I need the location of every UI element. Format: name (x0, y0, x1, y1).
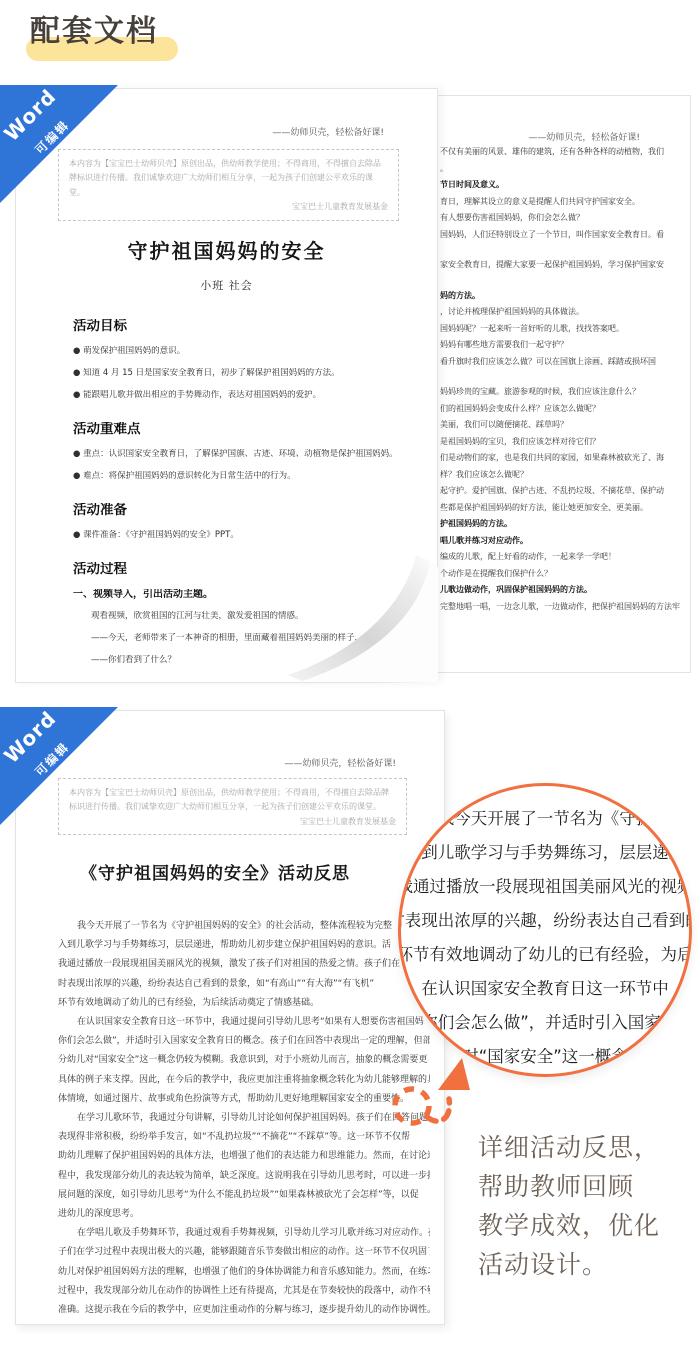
section-header: 配套文档 (30, 14, 158, 50)
doc-text-line: 程中，我发现部分幼儿的表达较为简单，缺乏深度。这说明我在引导幼儿思考时，可以进一… (58, 1167, 430, 1186)
ribbon-triangle (0, 707, 132, 839)
doc-text-line: 时表现出浓厚的兴趣，纷纷表达自己看到的景象，如“有高山”“有大海”“有飞机” (58, 975, 430, 994)
doc-text-line: ● 课件准备：《守护祖国妈妈的安全》PPT。 (73, 530, 407, 540)
doc-text-line: 家安全教育日，提醒大家要一起保护祖国妈妈，学习保护国家安 (440, 257, 682, 274)
doc-text-line: 国妈妈呢？一起来听一首好听的儿歌，找找答案吧。 (440, 321, 682, 338)
doc-tagline: ——幼师贝壳，轻松备好课! (272, 125, 384, 138)
doc-text-line: 具体的例子来支撑。因此，在今后的教学中，我应更加注重将抽象概念转化为幼儿能够理解… (58, 1071, 430, 1090)
doc-text-line: 不仅有美丽的风景、雄伟的建筑，还有各种各样的动植物，我们 (440, 144, 682, 161)
doc1-page-back: ——幼师贝壳，轻松备好课! 不仅有美丽的风景、雄伟的建筑，还有各种各样的动植物，… (433, 95, 691, 673)
doc2-body-lines: 我今天开展了一节名为《守护祖国妈妈的安全》的社会活动，整体流程较为完整入到儿歌学… (58, 917, 430, 1320)
magnified-text-line: 环节有效地调动了幼儿的已有经验，为后 (398, 938, 692, 972)
doc-text-line: 表现得非常积极，纷纷举手发言，如“不乱扔垃圾”“不摘花”“不踩草”等。这一环节不… (58, 1128, 430, 1147)
doc-text-line: ● 知道 4 月 15 日是国家安全教育日，初步了解保护祖国妈妈的方法。 (73, 368, 407, 378)
page-title: 配套文档 (30, 14, 158, 50)
doc-text-line: 过程中，我发现部分幼儿在动作的协调性上还有待提高，尤其是在节奏较快的段落中，动作… (58, 1282, 430, 1301)
magnified-text-line: 入到儿歌学习与手势舞练习，层层递进 (398, 836, 692, 870)
magnified-text-line: 在认识国家安全教育日这一环节中 (398, 972, 692, 1006)
doc-text-line: 们的祖国妈妈会变成什么样？应该怎么做呢？ (440, 401, 682, 418)
doc-text-line: 分幼儿对“国家安全”这一概念仍较为模糊。我意识到，对于小班幼儿而言，抽象的概念需… (58, 1051, 430, 1070)
doc-text-line: 你们会怎么做”，并适时引入国家安全教育日的概念。孩子们在回答中表现出一定的理解，… (58, 1032, 430, 1051)
magnifier-circle: 我今天开展了一节名为《守护祖入到儿歌学习与手势舞练习，层层递进我通过播放一段展现… (398, 783, 692, 1077)
doc-text-line: ● 能跟唱儿歌并做出相应的手势舞动作，表达对祖国妈妈的爱护。 (73, 390, 407, 400)
ribbon-triangle (0, 85, 132, 217)
doc1-grade-label: 小班 社会 (16, 277, 437, 293)
magnified-text-line: 我通过播放一段展现祖国美丽风光的视频 (398, 870, 692, 904)
caption-text: 详细活动反思，帮助教师回顾教学成效，优化活动设计。 (478, 1128, 660, 1284)
doc-text-line: 是祖国妈妈的宝贝，我们应该怎样对待它们？ (440, 434, 682, 451)
word-editable-ribbon: Word 可编辑 (0, 85, 132, 217)
dashed-magnifier-icon (395, 1089, 429, 1123)
doc-tagline: ——幼师贝壳，轻松备好课! (528, 130, 640, 143)
arrow-head-icon (438, 1058, 470, 1090)
doc-text-line: 样？我们应该怎么做呢？ (440, 467, 682, 484)
doc-text-line: 活动准备 (73, 503, 407, 518)
doc-text-line: 展问题的深度，如引导幼儿思考“为什么不能乱扔垃圾”“如果森林被砍光了会怎样”等，… (58, 1186, 430, 1205)
doc-text-line: ● 萌发保护祖国妈妈的意识。 (73, 346, 407, 356)
doc-text-line: 节日时间及意义。 (440, 177, 682, 194)
caption-line: 活动设计。 (478, 1245, 660, 1284)
word-editable-ribbon: Word 可编辑 (0, 707, 132, 839)
doc-text-line: 准确。这提示我在今后的教学中，应更加注重动作的分解与练习，逐步提升幼儿的动作协调… (58, 1301, 430, 1320)
doc-text-line: 我今天开展了一节名为《守护祖国妈妈的安全》的社会活动，整体流程较为完整 (77, 917, 430, 936)
doc-text-line: 起守护。爱护国旗、保护古迹、不乱扔垃圾、不摘花草、保护动 (440, 483, 682, 500)
magnified-text-line: 我今天开展了一节名为《守护祖 (398, 802, 692, 836)
doc-text-line: 些都是保护祖国妈妈的好方法，能让她更加安全、更美丽。 (440, 500, 682, 517)
doc-text-line: 在学习儿歌环节，我通过分句讲解，引导幼儿讨论如何保护祖国妈妈。孩子们在回答问题时 (77, 1109, 430, 1128)
doc-text-line: 编成的儿歌，配上好看的动作，一起来学一学吧！ (440, 549, 682, 566)
caption-line: 教学成效，优化 (478, 1206, 660, 1245)
doc-text-line: 我通过播放一段展现祖国美丽风光的视频，激发了孩子们对祖国的热爱之情。孩子们在 (58, 955, 430, 974)
doc2-preview: ——幼师贝壳，轻松备好课! 本内容为【宝宝巴士幼师贝壳】原创出品，供幼师教学使用… (0, 700, 700, 1359)
doc1-title: 守护祖国妈妈的安全 (16, 235, 437, 264)
doc-text-line: 助幼儿理解了保护祖国妈妈的具体方法，也增强了他们的表达能力和思维能力。然而，在讨… (58, 1147, 430, 1166)
doc-text-line: 活动目标 (73, 319, 407, 334)
doc-text-line: 国妈妈，人们还特别设立了一个节日，叫作国家安全教育日。看 (440, 227, 682, 244)
caption-line: 帮助教师回顾 (478, 1167, 660, 1206)
caption-line: 详细活动反思， (478, 1128, 660, 1167)
doc-text-line: 完整地唱一唱，一边念儿歌，一边做动作，把保护祖国妈妈的方法牢 (440, 599, 682, 616)
doc-text-line: 入到儿歌学习与手势舞练习，层层递进，帮助幼儿初步建立保护祖国妈妈的意识。活 (58, 936, 430, 955)
doc-text-line: 有人想要伤害祖国妈妈，你们会怎么做？ (440, 210, 682, 227)
doc2-title: 《守护祖国妈妈的安全》活动反思 (16, 859, 414, 884)
doc-text-line: 活动重难点 (73, 422, 407, 437)
magnifier-arrow-doodle (382, 1052, 492, 1154)
doc-text-line: 妈妈珍贵的宝藏。旅游参观的时候，我们应该注意什么？ (440, 384, 682, 401)
doc1-page2-lines: 不仅有美丽的风景、雄伟的建筑，还有各种各样的动植物，我们。节日时间及意义。育日，… (440, 144, 682, 615)
doc-text-line: 唱儿歌并练习对应动作。 (440, 533, 682, 550)
doc-text-line: 妈的方法。 (440, 288, 682, 305)
doc1-preview: ——幼师贝壳，轻松备好课! 不仅有美丽的风景、雄伟的建筑，还有各种各样的动植物，… (0, 85, 700, 698)
doc-tagline: ——幼师贝壳，轻松备好课! (284, 756, 396, 769)
doc-text-line: ，讨论并梳理保护祖国妈妈的具体做法。 (440, 304, 682, 321)
doc-text-line: ● 难点：将保护祖国妈妈的意识转化为日常生活中的行为。 (73, 471, 407, 481)
magnified-text-line: 时表现出浓厚的兴趣，纷纷表达自己看到的 (398, 904, 692, 938)
page-curl (288, 555, 438, 683)
doc-text-line: 儿歌边做动作，巩固保护祖国妈妈的方法。 (440, 582, 682, 599)
doc-text-line: 体情境，如通过图片、故事或角色扮演等方式，帮助幼儿更好地理解国家安全的重要性。 (58, 1090, 430, 1109)
doc-text-line: 个动作是在提醒我们保护什么？ (440, 566, 682, 583)
doc-text-line: 妈妈有哪些地方需要我们一起守护？ (440, 337, 682, 354)
doc-text-line: 。 (440, 161, 682, 178)
doc-text-line: 护祖国妈妈的方法。 (440, 516, 682, 533)
magnifier-text-lines: 我今天开展了一节名为《守护祖入到儿歌学习与手势舞练习，层层递进我通过播放一段展现… (398, 802, 692, 1074)
doc-text-line: 看升旗时我们应该怎么做？可以在国旗上涂画、踩踏或损坏国 (440, 354, 682, 371)
doc-text-line: 在学唱儿歌及手势舞环节，我通过观看手势舞视频，引导幼儿学习儿歌并练习对应动作。孩 (77, 1224, 430, 1243)
doc-text-line: 进幼儿的深度思考。 (58, 1205, 430, 1224)
magnified-text-line: “你们会怎么做”，并适时引入国家安 (398, 1006, 692, 1040)
doc-text-line: 环节有效地调动了幼儿的已有经验，为后续活动奠定了情感基础。 (58, 994, 430, 1013)
doc-text-line: 子们在学习过程中表现出极大的兴趣，能够跟随音乐节奏做出相应的动作。这一环节不仅巩… (58, 1243, 430, 1262)
doc-text-line: 在认识国家安全教育日这一环节中，我通过提问引导幼儿思考“如果有人想要伤害祖国妈 (77, 1013, 430, 1032)
doc-text-line: 幼儿对保护祖国妈妈方法的理解，也增强了他们的身体协调能力和音乐感知能力。然而，在… (58, 1263, 430, 1282)
doc-text-line: 们是动物们的家，也是我们共同的家园，如果森林被砍光了、海 (440, 450, 682, 467)
doc-text-line: 美丽，我们可以随便摘花、踩草吗？ (440, 417, 682, 434)
doc-text-line: ● 重点：认识国家安全教育日，了解保护国旗、古迹、环境、动植物是保护祖国妈妈。 (73, 449, 407, 459)
doc-text-line: 育日，理解其设立的意义是提醒人们共同守护国家安全。 (440, 194, 682, 211)
